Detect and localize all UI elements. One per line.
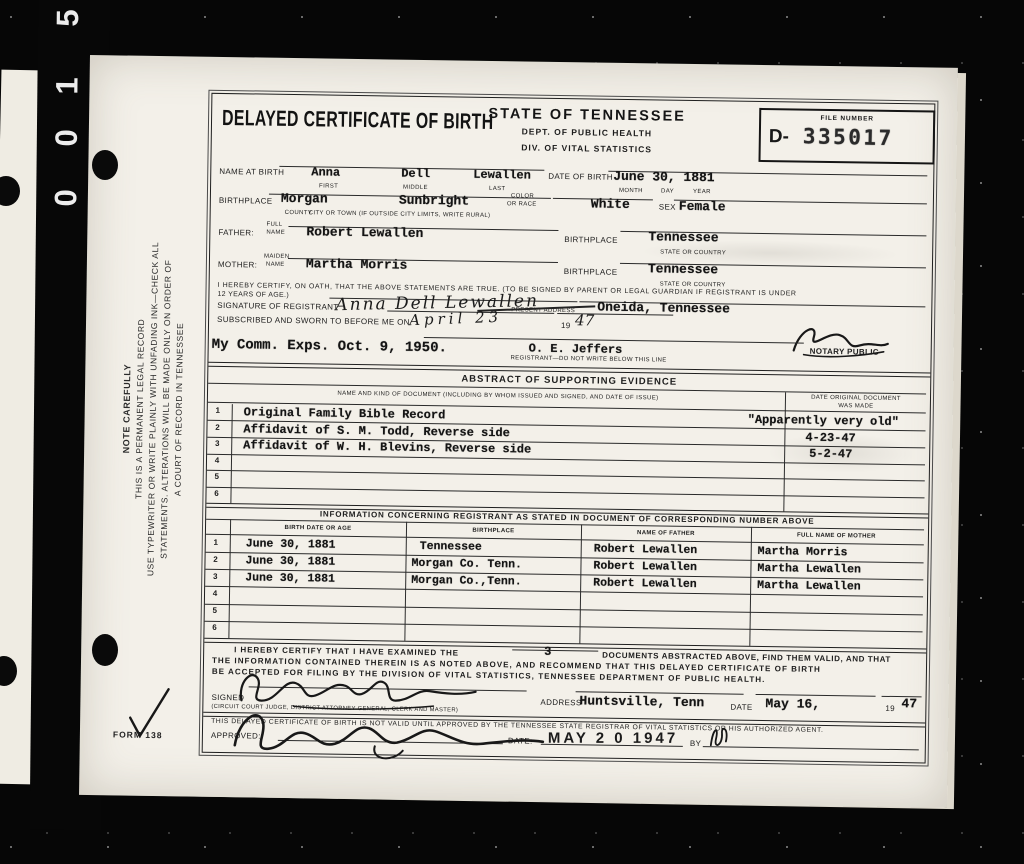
ink-bleed-smudge bbox=[767, 432, 918, 474]
father-birthplace-label: BIRTHPLACE bbox=[564, 235, 618, 245]
middle-name-value: Dell bbox=[401, 167, 430, 181]
signed-year-value: 47 bbox=[901, 696, 917, 711]
hole-punch bbox=[92, 634, 118, 666]
info-birthplace-value: Morgan Co.,Tenn. bbox=[411, 574, 522, 589]
month-label: MONTH bbox=[619, 188, 643, 194]
by-initials-handwritten bbox=[703, 721, 735, 751]
info-row-number: 5 bbox=[207, 606, 223, 615]
sworn-date-handwritten: April 23 bbox=[409, 308, 503, 329]
mother-birthplace-label: BIRTHPLACE bbox=[564, 267, 618, 277]
approval-date-label: DATE: bbox=[508, 736, 533, 745]
year-label: YEAR bbox=[693, 189, 711, 195]
approval-date-stamp: MAY 2 0 1947 bbox=[548, 730, 678, 747]
abstract-doc-value: Original Family Bible Record bbox=[244, 405, 446, 422]
father-label: FATHER: bbox=[218, 228, 254, 238]
state-heading: STATE OF TENNESSEE bbox=[462, 106, 712, 126]
signature-of-registrant-label: SIGNATURE OF REGISTRANT bbox=[217, 301, 338, 312]
color-label: COLOR bbox=[511, 193, 534, 199]
signed-date-value: May 16, bbox=[765, 696, 820, 712]
name-label: NAME bbox=[266, 230, 285, 236]
city-value: Sunbright bbox=[399, 193, 469, 209]
col-birthplace-header: BIRTHPLACE bbox=[406, 527, 581, 536]
notary-public-label: NOTARY PUBLIC bbox=[810, 347, 879, 357]
father-name-value: Robert Lewallen bbox=[306, 224, 423, 241]
first-label: FIRST bbox=[319, 183, 338, 189]
sworn-label: SUBSCRIBED AND SWORN TO BEFORE ME ON bbox=[217, 315, 410, 327]
file-number-prefix: D- bbox=[769, 126, 789, 148]
abstract-date-column-header2: WAS MADE bbox=[788, 402, 924, 410]
abstract-row-number: 3 bbox=[209, 439, 225, 448]
hole-punch bbox=[92, 150, 118, 180]
frame-digit: 0 bbox=[49, 118, 89, 158]
frame-digit: 0 bbox=[48, 178, 88, 218]
date-of-birth-value: June 30, 1881 bbox=[613, 169, 715, 186]
abstract-row-number: 6 bbox=[208, 489, 224, 498]
file-number-stamp: 335017 bbox=[803, 124, 894, 150]
maiden-label: MAIDEN bbox=[264, 254, 290, 260]
info-father-value: Robert Lewallen bbox=[593, 560, 697, 575]
name-at-birth-label: NAME AT BIRTH bbox=[219, 167, 284, 177]
frame-digit: 5 bbox=[50, 0, 90, 38]
by-label: BY bbox=[690, 739, 702, 748]
birthplace-label: BIRTHPLACE bbox=[219, 196, 273, 206]
info-birthplace-value: Morgan Co. Tenn. bbox=[411, 557, 522, 572]
day-label: DAY bbox=[661, 188, 674, 194]
race-value: White bbox=[591, 196, 630, 212]
info-row-number: 1 bbox=[208, 538, 224, 547]
signed-address-value: Huntsville, Tenn bbox=[579, 693, 704, 710]
info-birth-value: June 30, 1881 bbox=[245, 571, 335, 585]
date-label: DATE bbox=[730, 703, 752, 712]
approved-signature bbox=[225, 700, 558, 767]
abstract-row-number: 5 bbox=[209, 472, 225, 481]
abstract-date-value: "Apparently very old" bbox=[748, 413, 899, 429]
info-birth-value: June 30, 1881 bbox=[245, 554, 335, 568]
info-mother-value: Martha Lewallen bbox=[757, 562, 861, 577]
info-father-value: Robert Lewallen bbox=[594, 543, 698, 558]
state-or-country-label: STATE OR COUNTRY bbox=[660, 281, 726, 288]
certificate-form: DELAYED CERTIFICATE OF BIRTH STATE OF TE… bbox=[202, 93, 936, 764]
year-prefix: 19 bbox=[561, 321, 571, 330]
info-father-value: Robert Lewallen bbox=[593, 577, 697, 592]
abstract-doc-value: Affidavit of W. H. Blevins, Reverse side bbox=[243, 438, 531, 456]
sworn-year-handwritten: 47 bbox=[575, 311, 594, 329]
info-row-number: 4 bbox=[207, 589, 223, 598]
commission-expiry: My Comm. Exps. Oct. 9, 1950. bbox=[212, 337, 447, 356]
file-number-label: FILE NUMBER bbox=[761, 114, 933, 124]
county-value: Morgan bbox=[281, 191, 328, 207]
frame-digit: 1 bbox=[49, 66, 89, 106]
name-label: NAME bbox=[266, 262, 285, 268]
oath-text-line2: 12 YEARS OF AGE.) bbox=[217, 291, 289, 299]
certificate-title: DELAYED CERTIFICATE OF BIRTH bbox=[222, 105, 494, 135]
middle-label: MIDDLE bbox=[403, 185, 428, 191]
last-name-value: Lewallen bbox=[473, 168, 531, 183]
mother-name-value: Martha Morris bbox=[306, 256, 408, 273]
abstract-doc-column-header: NAME AND KIND OF DOCUMENT (INCLUDING BY … bbox=[228, 389, 768, 403]
col-father-header: NAME OF FATHER bbox=[581, 529, 751, 538]
abstract-row-number: 4 bbox=[209, 456, 225, 465]
sex-value: Female bbox=[679, 199, 726, 215]
first-name-value: Anna bbox=[311, 165, 340, 179]
do-not-write-line: REGISTRANT—DO NOT WRITE BELOW THIS LINE bbox=[464, 355, 714, 365]
mother-label: MOTHER: bbox=[218, 260, 257, 270]
certification-line1a: I HEREBY CERTIFY THAT I HAVE EXAMINED TH… bbox=[234, 645, 459, 657]
info-row-number: 3 bbox=[207, 572, 223, 581]
info-birth-value: June 30, 1881 bbox=[246, 537, 336, 551]
or-race-label: OR RACE bbox=[507, 201, 537, 207]
date-of-birth-label: DATE OF BIRTH bbox=[548, 172, 613, 182]
margin-note: NOTE CAREFULLY THIS IS A PERMANENT LEGAL… bbox=[117, 126, 205, 693]
certificate-paper: NOTE CAREFULLY THIS IS A PERMANENT LEGAL… bbox=[79, 55, 958, 808]
info-birthplace-value: Tennessee bbox=[420, 540, 482, 554]
year-prefix: 19 bbox=[885, 704, 895, 713]
checkmark-handwritten bbox=[124, 686, 175, 742]
microfilm-scan: 5 1 0 0 NOTE CAREFULLY THIS IS A PERMANE… bbox=[0, 0, 1024, 864]
info-mother-value: Martha Lewallen bbox=[757, 579, 861, 594]
col-birth-date-header: BIRTH DATE OR AGE bbox=[230, 524, 406, 533]
dept-heading: DEPT. OF PUBLIC HEALTH bbox=[462, 126, 712, 140]
full-label: FULL bbox=[266, 222, 282, 228]
file-number-box: FILE NUMBER D- 335017 bbox=[758, 108, 935, 165]
city-label: CITY OR TOWN (IF OUTSIDE CITY LIMITS, WR… bbox=[309, 210, 491, 219]
last-label: LAST bbox=[489, 186, 505, 192]
ink-bleed-smudge bbox=[640, 238, 900, 268]
abstract-date-column-header: DATE ORIGINAL DOCUMENT bbox=[788, 394, 924, 402]
notary-name-typed: O. E. Jeffers bbox=[529, 342, 623, 357]
col-mother-header: FULL NAME OF MOTHER bbox=[751, 532, 922, 541]
info-mother-value: Martha Morris bbox=[758, 545, 848, 559]
document-count-value: 3 bbox=[544, 645, 551, 659]
abstract-row-number: 2 bbox=[209, 423, 225, 432]
division-heading: DIV. OF VITAL STATISTICS bbox=[462, 142, 712, 156]
abstract-row-number: 1 bbox=[210, 406, 226, 415]
info-row-number: 6 bbox=[206, 623, 222, 632]
sex-label: SEX bbox=[659, 202, 676, 211]
info-row-number: 2 bbox=[207, 555, 223, 564]
